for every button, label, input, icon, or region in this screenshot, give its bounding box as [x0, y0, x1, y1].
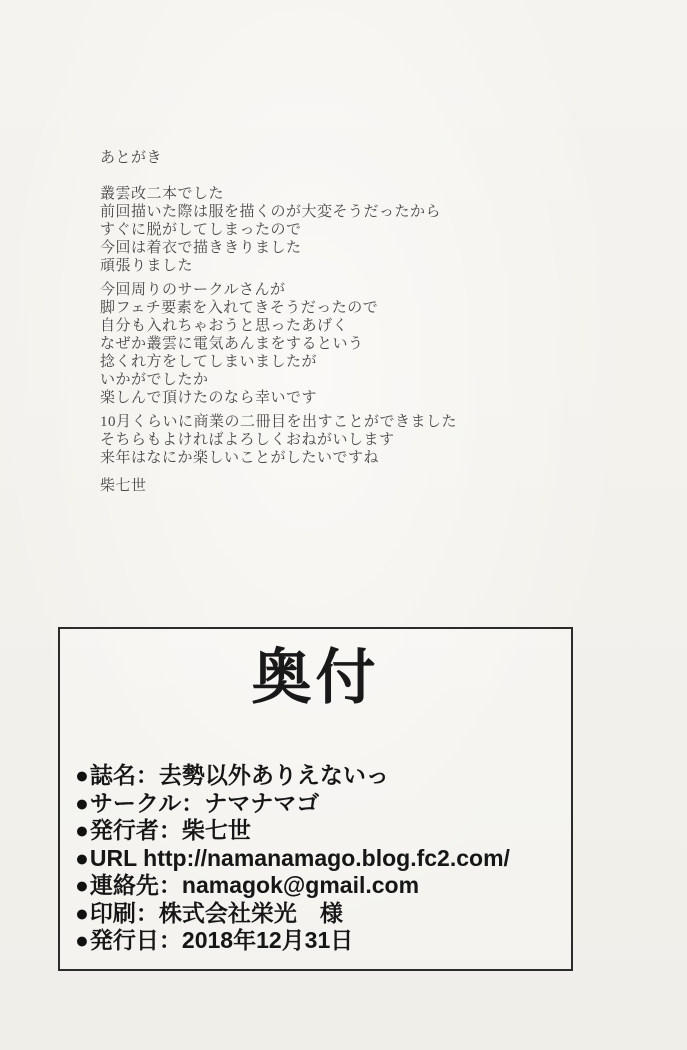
afterword-line: 来年はなにか楽しいことがしたいですね: [100, 449, 457, 467]
afterword-line: 今回周りのサークルさんが: [100, 281, 457, 299]
bullet-icon: ●: [75, 900, 89, 928]
afterword-line: そちらもよければよろしくおねがいします: [100, 431, 457, 449]
afterword-line: いかがでしたか: [100, 371, 457, 389]
colophon-text: 連絡先：namagok@gmail.com: [90, 872, 419, 898]
colophon-row-publisher: ●発行者：柴七世: [75, 817, 510, 845]
afterword-line: 叢雲改二本でした: [100, 185, 457, 203]
afterword-heading: あとがき: [100, 149, 457, 167]
afterword-line: 今回は着衣で描ききりました: [100, 239, 457, 257]
afterword-paragraph-3: 10月くらいに商業の二冊目を出すことができました そちらもよければよろしくおねが…: [100, 413, 457, 467]
colophon-row-url: ●URL http://namanamago.blog.fc2.com/: [75, 845, 510, 873]
colophon-text: 印刷：株式会社栄光 様: [90, 900, 343, 926]
bullet-icon: ●: [75, 872, 89, 900]
afterword-line: 楽しんで頂けたのなら幸いです: [100, 389, 457, 407]
colophon-title: 奥付: [60, 647, 571, 709]
bullet-icon: ●: [75, 762, 89, 790]
colophon-row-circle: ●サークル：ナマナマゴ: [75, 790, 510, 818]
colophon-row-printer: ●印刷：株式会社栄光 様: [75, 900, 510, 928]
colophon-text: URL http://namanamago.blog.fc2.com/: [90, 845, 510, 871]
colophon-row-date: ●発行日：2018年12月31日: [75, 927, 510, 955]
afterword-line: 頑張りました: [100, 257, 457, 275]
afterword-signature: 柴七世: [100, 477, 457, 495]
colophon-row-contact: ●連絡先：namagok@gmail.com: [75, 872, 510, 900]
afterword-paragraph-1: 叢雲改二本でした 前回描いた際は服を描くのが大変そうだったから すぐに脱がしてし…: [100, 185, 457, 275]
bullet-icon: ●: [75, 790, 89, 818]
afterword-line: 自分も入れちゃおうと思ったあげく: [100, 317, 457, 335]
afterword-line: 10月くらいに商業の二冊目を出すことができました: [100, 413, 457, 431]
bullet-icon: ●: [75, 817, 89, 845]
colophon-text: 誌名：去勢以外ありえないっ: [90, 762, 389, 788]
afterword-line: 脚フェチ要素を入れてきそうだったので: [100, 299, 457, 317]
colophon-text: 発行者：柴七世: [90, 817, 251, 843]
afterword-line: なぜか叢雲に電気あんまをするという: [100, 335, 457, 353]
afterword-line: すぐに脱がしてしまったので: [100, 221, 457, 239]
afterword-line: 捻くれ方をしてしまいましたが: [100, 353, 457, 371]
colophon-row-title: ●誌名：去勢以外ありえないっ: [75, 762, 510, 790]
afterword-section: あとがき 叢雲改二本でした 前回描いた際は服を描くのが大変そうだったから すぐに…: [100, 149, 457, 495]
colophon-list: ●誌名：去勢以外ありえないっ ●サークル：ナマナマゴ ●発行者：柴七世 ●URL…: [75, 762, 510, 955]
afterword-paragraph-2: 今回周りのサークルさんが 脚フェチ要素を入れてきそうだったので 自分も入れちゃお…: [100, 281, 457, 407]
bullet-icon: ●: [75, 927, 89, 955]
colophon-text: 発行日：2018年12月31日: [90, 927, 353, 953]
bullet-icon: ●: [75, 845, 89, 873]
colophon-text: サークル：ナマナマゴ: [90, 790, 319, 816]
afterword-line: 前回描いた際は服を描くのが大変そうだったから: [100, 203, 457, 221]
colophon-box: 奥付 ●誌名：去勢以外ありえないっ ●サークル：ナマナマゴ ●発行者：柴七世 ●…: [58, 627, 573, 971]
